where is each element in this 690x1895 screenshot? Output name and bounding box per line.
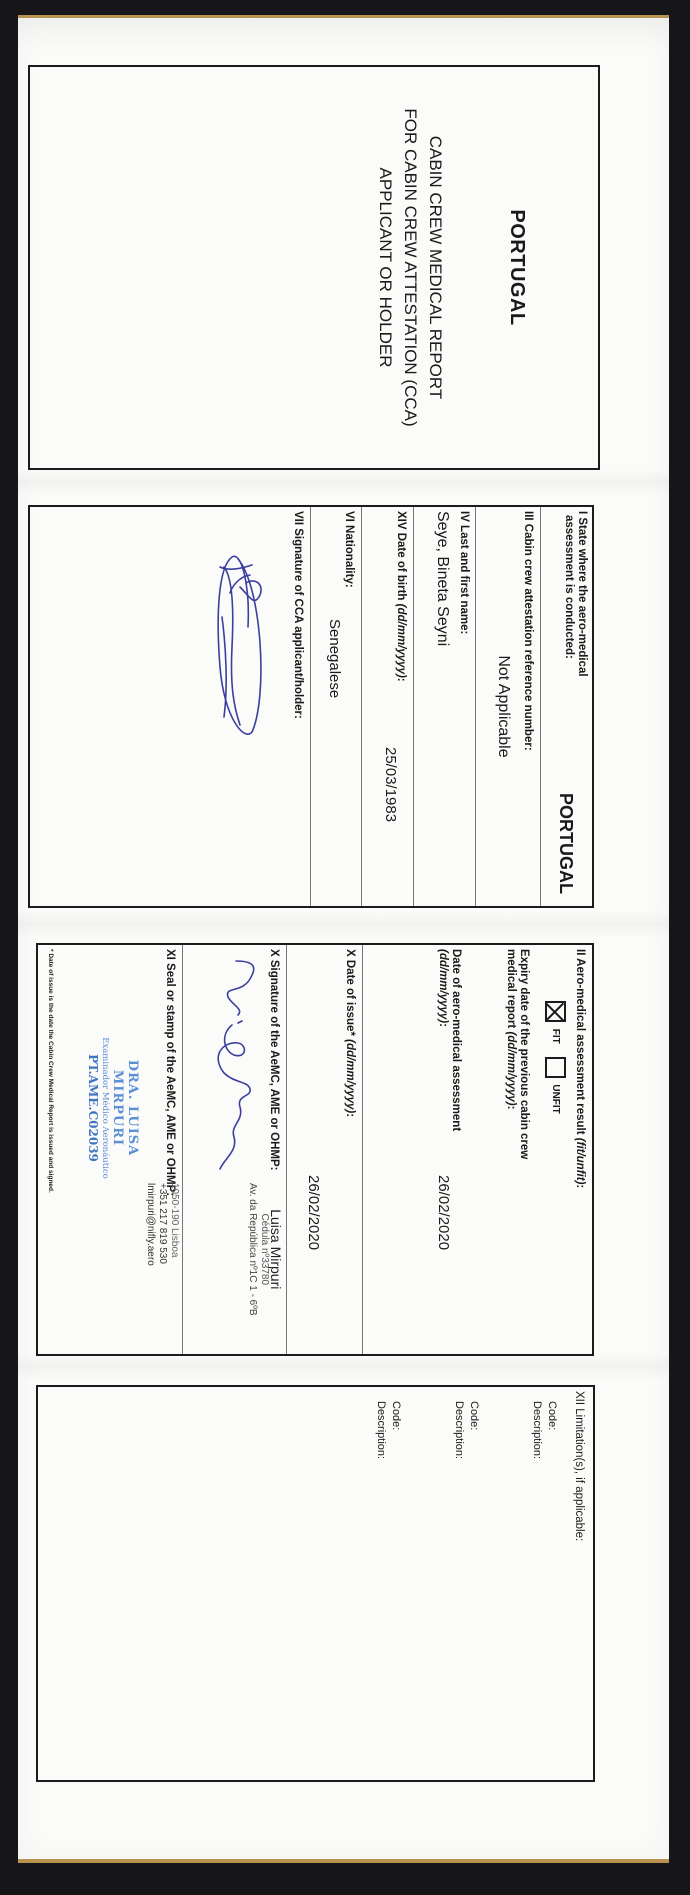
state-label: I State where the aero-medical assessmen… [562, 511, 588, 677]
examiner-signature-row: X Signature of the AeMC, AME or OHMP: Lu… [182, 945, 286, 1354]
result-section: II Aero-medical assessment result (fit/u… [362, 945, 592, 1354]
cover-title-line: FOR CABIN CREW ATTESTATION (CCA) [398, 67, 423, 468]
nationality-value: Senegalese [326, 619, 343, 698]
limitation-entry: Code: Description: [529, 1401, 559, 1459]
unfit-checkbox[interactable] [545, 1057, 566, 1078]
dob-label: XIV Date of birth (dd/mm/yyyy): [394, 511, 407, 682]
result-label: II Aero-medical assessment result (fit/u… [573, 949, 586, 1188]
cover-title: CABIN CREW MEDICAL REPORT FOR CABIN CREW… [373, 67, 448, 468]
state-value: PORTUGAL [555, 793, 576, 894]
limitation-code-label: Code: [466, 1401, 481, 1459]
seal-row: XI Seal or stamp of the AeMC, AME or OHM… [34, 945, 182, 1354]
reference-value: Not Applicable [494, 507, 512, 906]
applicant-panel: I State where the aero-medical assessmen… [28, 505, 594, 908]
limitations-title: XII Limitation(s), if applicable: [572, 1391, 585, 1541]
signature-label: VII Signature of CCA applicant/holder: [291, 511, 304, 719]
signature-row: VII Signature of CCA applicant/holder: [30, 507, 310, 906]
footnote: * Date of issue is the date the Cabin Cr… [47, 949, 54, 1193]
issue-date-row: X Date of issue* (dd/mm/yyyy): 26/02/202… [286, 945, 362, 1354]
nationality-row: VI Nationality: Senegalese [310, 507, 361, 906]
name-row: IV Last and first name: Seye, Bineta Sey… [413, 507, 475, 906]
assessment-panel: II Aero-medical assessment result (fit/u… [36, 943, 594, 1356]
examiner-contact: 1050-190 Lisboa +351 217 819 530 lmirpur… [144, 1183, 180, 1266]
examiner-address-block: Luisa Mirpuri Cédula nº33780 Av. da Repú… [246, 1183, 282, 1316]
examiner-stamp: DRA. LUISA MIRPURI Examinador Médico Aer… [86, 1023, 140, 1193]
reference-label: III Cabin crew attestation reference num… [521, 511, 534, 751]
cover-panel: PORTUGAL CABIN CREW MEDICAL REPORT FOR C… [28, 65, 600, 470]
limitation-entry: Code: Description: [451, 1401, 481, 1459]
expiry-label: Expiry date of the previous cabin crew m… [504, 949, 530, 1159]
limitation-code-label: Code: [388, 1401, 403, 1459]
name-value: Seye, Bineta Seyni [433, 511, 451, 646]
limitations-panel: XII Limitation(s), if applicable: Code: … [36, 1385, 595, 1782]
cover-country: PORTUGAL [505, 67, 528, 468]
state-row: I State where the aero-medical assessmen… [540, 507, 592, 906]
cover-title-line: APPLICANT OR HOLDER [373, 67, 398, 468]
name-label: IV Last and first name: [457, 511, 470, 634]
seal-label: XI Seal or stamp of the AeMC, AME or OHM… [163, 949, 176, 1196]
result-checkboxes: FIT UNFIT [545, 1001, 566, 1114]
assessment-date-value: 26/02/2020 [435, 1175, 452, 1250]
assessment-date-label: Date of aero-medical assessment (dd/mm/y… [436, 949, 462, 1131]
limitation-entry: Code: Description: [373, 1401, 403, 1459]
examiner-signature-label: X Signature of the AeMC, AME or OHMP: [267, 949, 280, 1171]
applicant-signature-icon [200, 547, 290, 747]
issue-date-label: X Date of issue* (dd/mm/yyyy): [343, 949, 356, 1117]
limitation-code-label: Code: [544, 1401, 559, 1459]
reference-row: III Cabin crew attestation reference num… [475, 507, 540, 906]
dob-value: 25/03/1983 [382, 747, 399, 822]
limitation-description-label: Description: [451, 1401, 466, 1459]
examiner-signature-icon [204, 955, 264, 1175]
issue-date-value: 26/02/2020 [305, 1175, 322, 1250]
unfit-label: UNFIT [550, 1084, 561, 1113]
cover-title-line: CABIN CREW MEDICAL REPORT [423, 67, 448, 468]
limitation-description-label: Description: [373, 1401, 388, 1459]
nationality-label: VI Nationality: [342, 511, 355, 588]
fit-label: FIT [550, 1029, 561, 1044]
limitation-description-label: Description: [529, 1401, 544, 1459]
dob-row: XIV Date of birth (dd/mm/yyyy): 25/03/19… [361, 507, 413, 906]
fit-checkbox[interactable] [545, 1001, 566, 1022]
